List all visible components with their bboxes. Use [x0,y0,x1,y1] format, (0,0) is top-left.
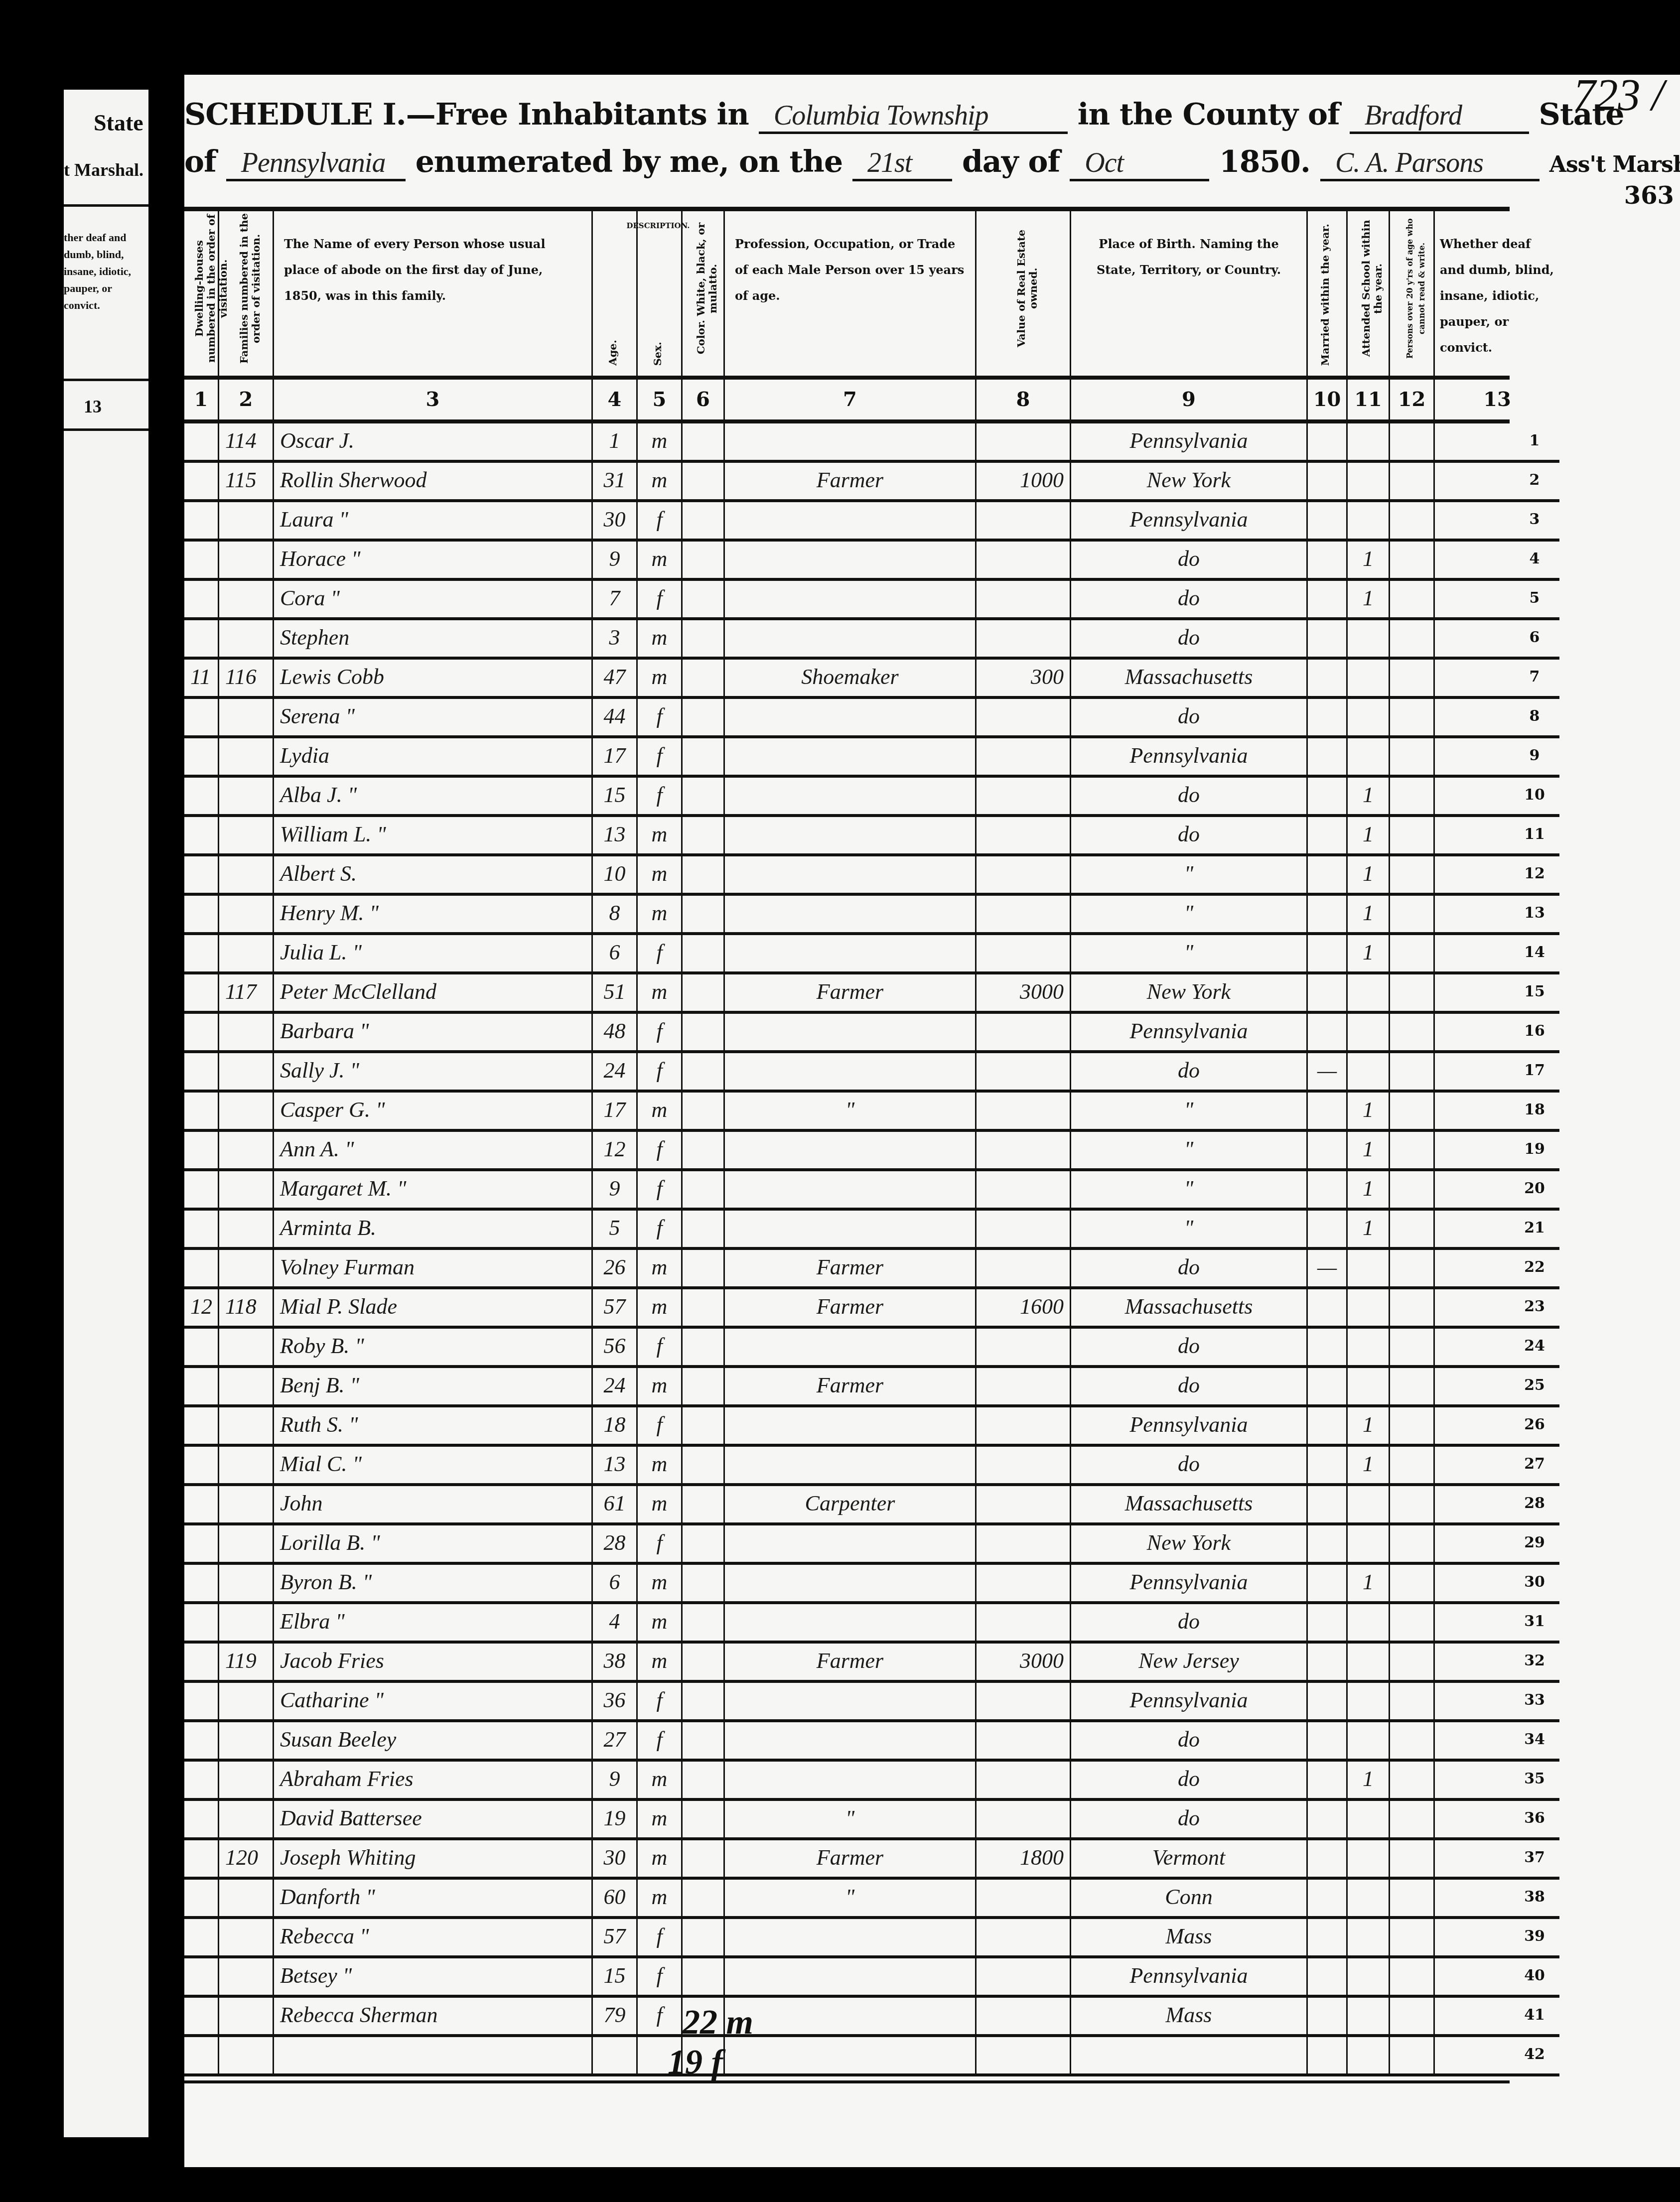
married-within-year-cell [1308,1919,1348,1958]
family-number-cell [219,1171,274,1211]
real-estate-value-cell [977,1722,1071,1762]
married-within-year-cell [1308,817,1348,856]
line-number: 18 [1520,1093,1549,1132]
sex-cell: m [638,1486,683,1525]
table-row: 120Joseph Whiting30mFarmer1800Vermont [184,1840,1510,1880]
header-name-text: The Name of every Person whose usual pla… [274,211,591,309]
birthplace-cell: Pennsylvania [1071,423,1308,463]
family-number-cell [219,1998,274,2037]
age-cell [593,2037,638,2076]
header-age: Age. [593,211,638,376]
person-name-cell: Catharine " [274,1683,593,1722]
attended-school-cell [1348,1014,1390,1053]
occupation-cell: " [725,1801,977,1840]
age-cell: 47 [593,660,638,699]
occupation-cell [725,1014,977,1053]
married-within-year-cell [1308,1762,1348,1801]
family-number-cell [219,1053,274,1093]
table-row: Roby B. "56fdo [184,1329,1510,1368]
birthplace-cell: do [1071,620,1308,660]
cannot-read-write-cell [1390,660,1435,699]
real-estate-value-cell [977,856,1071,896]
column-number: 4 [593,380,638,419]
line-number: 40 [1520,1958,1549,1998]
table-row: Sally J. "24fdo— [184,1053,1510,1093]
attended-school-cell: 1 [1348,581,1390,620]
line-number: 21 [1520,1211,1549,1250]
cannot-read-write-cell [1390,1368,1435,1407]
dwelling-number-cell [184,1447,219,1486]
birthplace-cell: " [1071,1093,1308,1132]
adjacent-page-strip: State t Marshal. ther deaf and dumb, bli… [64,90,148,2137]
married-within-year-cell [1308,1014,1348,1053]
sex-cell: m [638,1604,683,1644]
dwelling-number-cell [184,1998,219,2037]
column-number: 8 [977,380,1071,419]
birthplace-cell: do [1071,581,1308,620]
real-estate-value-cell [977,935,1071,974]
married-within-year-cell [1308,778,1348,817]
real-estate-value-cell [977,817,1071,856]
occupation-cell: Farmer [725,463,977,502]
occupation-cell [725,699,977,738]
age-cell: 9 [593,542,638,581]
person-name-cell: Elbra " [274,1604,593,1644]
occupation-cell [725,856,977,896]
cannot-read-write-cell [1390,2037,1435,2076]
sex-cell: f [638,1211,683,1250]
dwelling-number-cell [184,1565,219,1604]
color-cell [683,502,725,542]
cannot-read-write-cell [1390,620,1435,660]
table-row: 117Peter McClelland51mFarmer3000New York [184,974,1510,1014]
table-row: Cora "7fdo1 [184,581,1510,620]
age-cell: 7 [593,581,638,620]
attended-school-cell [1348,1525,1390,1565]
birthplace-cell: New Jersey [1071,1644,1308,1683]
married-within-year-cell [1308,1132,1348,1171]
person-name-cell: Barbara " [274,1014,593,1053]
age-cell: 15 [593,1958,638,1998]
person-name-cell: Henry M. " [274,896,593,935]
married-within-year-cell [1308,502,1348,542]
table-row: Casper G. "17m""1 [184,1093,1510,1132]
table-row: Danforth "60m"Conn [184,1880,1510,1919]
cannot-read-write-cell [1390,1053,1435,1093]
real-estate-value-cell [977,1604,1071,1644]
color-cell [683,1880,725,1919]
line-number: 8 [1520,699,1549,738]
column-number: 12 [1390,380,1435,419]
family-number-cell [219,1525,274,1565]
person-name-cell: Abraham Fries [274,1762,593,1801]
sex-cell: f [638,935,683,974]
header-age-text: Age. [607,340,619,366]
sex-cell: f [638,1683,683,1722]
real-estate-value-cell [977,1801,1071,1840]
attended-school-cell [1348,660,1390,699]
attended-school-cell [1348,1053,1390,1093]
header-color-text: Color. White, black, or mulatto. [695,211,719,366]
color-cell [683,1329,725,1368]
sex-cell: m [638,1880,683,1919]
cannot-read-write-cell [1390,1289,1435,1329]
color-cell [683,1486,725,1525]
table-row: Albert S.10m"1 [184,856,1510,896]
married-within-year-cell [1308,2037,1348,2076]
person-name-cell: Rollin Sherwood [274,463,593,502]
table-row: Ann A. "12f"1 [184,1132,1510,1171]
color-cell [683,581,725,620]
dwelling-number-cell [184,1880,219,1919]
occupation-cell: Farmer [725,1368,977,1407]
attended-school-cell [1348,423,1390,463]
real-estate-value-cell [977,1447,1071,1486]
table-row: Julia L. "6f"1 [184,935,1510,974]
attended-school-cell: 1 [1348,817,1390,856]
real-estate-value-cell [977,778,1071,817]
attended-school-cell: 1 [1348,1447,1390,1486]
married-within-year-cell [1308,1447,1348,1486]
cannot-read-write-cell [1390,1840,1435,1880]
family-number-cell: 117 [219,974,274,1014]
dwelling-number-cell [184,974,219,1014]
sex-cell: m [638,1093,683,1132]
adjacent-page-title: State [94,110,143,136]
family-number-cell: 119 [219,1644,274,1683]
cannot-read-write-cell [1390,1801,1435,1840]
table-row: Elbra "4mdo [184,1604,1510,1644]
dwelling-number-cell [184,778,219,817]
family-number-cell [219,1329,274,1368]
married-within-year-cell [1308,1722,1348,1762]
occupation-cell [725,935,977,974]
married-within-year-cell [1308,896,1348,935]
birthplace-cell: " [1071,1171,1308,1211]
attended-school-cell: 1 [1348,1565,1390,1604]
real-estate-value-cell [977,896,1071,935]
table-row: Serena "44fdo [184,699,1510,738]
cannot-read-write-cell [1390,423,1435,463]
dwelling-number-cell [184,1644,219,1683]
person-name-cell: Ann A. " [274,1132,593,1171]
color-cell [683,1407,725,1447]
color-cell [683,620,725,660]
attended-school-cell [1348,1329,1390,1368]
family-number-cell [219,1132,274,1171]
occupation-cell: Farmer [725,1840,977,1880]
occupation-cell: Farmer [725,1644,977,1683]
family-number-cell: 114 [219,423,274,463]
person-name-cell: Stephen [274,620,593,660]
header-birthplace: Place of Birth. Naming the State, Territ… [1071,211,1308,376]
color-cell [683,1722,725,1762]
attended-school-cell [1348,1919,1390,1958]
birthplace-cell: Mass [1071,1919,1308,1958]
dwelling-number-cell [184,1407,219,1447]
enumeration-line: of Pennsylvania enumerated by me, on the… [184,144,1680,181]
table-row: Alba J. "15fdo1 [184,778,1510,817]
line-numbers: 1234567891011121314151617181920212223242… [1520,423,1549,2076]
attended-school-cell: 1 [1348,1762,1390,1801]
age-cell: 5 [593,1211,638,1250]
line-number: 23 [1520,1289,1549,1329]
attended-school-cell: 1 [1348,542,1390,581]
age-cell: 1 [593,423,638,463]
attended-school-cell [1348,1880,1390,1919]
table-row: David Battersee19m"do [184,1801,1510,1840]
header-birthplace-text: Place of Birth. Naming the State, Territ… [1071,211,1306,283]
column-number: 5 [638,380,683,419]
line-number: 41 [1520,1998,1549,2037]
married-within-year-cell [1308,1407,1348,1447]
family-number-cell [219,1722,274,1762]
cannot-read-write-cell [1390,1958,1435,1998]
birthplace-cell: do [1071,1604,1308,1644]
married-within-year-cell [1308,699,1348,738]
dwelling-number-cell [184,1132,219,1171]
county-field: Bradford [1350,100,1529,134]
family-number-cell [219,620,274,660]
dwelling-number-cell [184,1683,219,1722]
birthplace-cell: do [1071,1722,1308,1762]
column-number: 11 [1348,380,1390,419]
married-within-year-cell [1308,974,1348,1014]
married-within-year-cell: — [1308,1053,1348,1093]
real-estate-value-cell [977,738,1071,778]
color-cell [683,660,725,699]
header-condition: Whether deaf and dumb, blind, insane, id… [1435,211,1559,376]
real-estate-value-cell: 1800 [977,1840,1071,1880]
color-cell [683,1604,725,1644]
birthplace-cell: New York [1071,1525,1308,1565]
sex-cell: m [638,817,683,856]
header-married-text: Married within the year. [1319,224,1331,366]
birthplace-cell: New York [1071,974,1308,1014]
occupation-cell [725,1998,977,2037]
dwelling-number-cell [184,1329,219,1368]
header-occupation: Profession, Occupation, or Trade of each… [725,211,977,376]
attended-school-cell: 1 [1348,856,1390,896]
real-estate-value-cell [977,1132,1071,1171]
column-number: 1 [184,380,219,419]
person-name-cell: Margaret M. " [274,1171,593,1211]
age-cell: 18 [593,1407,638,1447]
occupation-cell [725,1171,977,1211]
header-color: Color. White, black, or mulatto. [683,211,725,376]
table-row: Lorilla B. "28fNew York [184,1525,1510,1565]
family-number-cell: 120 [219,1840,274,1880]
sex-cell: m [638,1250,683,1289]
color-cell [683,1525,725,1565]
table-row: Barbara "48fPennsylvania [184,1014,1510,1053]
dwelling-number-cell [184,1368,219,1407]
table-row: Volney Furman26mFarmerdo— [184,1250,1510,1289]
married-within-year-cell [1308,581,1348,620]
line-number: 9 [1520,738,1549,778]
cannot-read-write-cell [1390,699,1435,738]
cannot-read-write-cell [1390,1722,1435,1762]
line-number: 15 [1520,974,1549,1014]
age-cell: 10 [593,856,638,896]
dwelling-number-cell [184,1171,219,1211]
person-name-cell: Arminta B. [274,1211,593,1250]
birthplace-cell: do [1071,1801,1308,1840]
birthplace-cell: Pennsylvania [1071,1407,1308,1447]
real-estate-value-cell [977,542,1071,581]
line-number: 25 [1520,1368,1549,1407]
census-table: Dwelling-houses numbered in the order of… [184,207,1510,2083]
sex-cell: m [638,1447,683,1486]
line-number: 4 [1520,542,1549,581]
adjacent-page-marshal: t Marshal. [64,159,143,180]
person-name-cell: Betsey " [274,1958,593,1998]
color-cell [683,423,725,463]
line-number: 29 [1520,1525,1549,1565]
sex-cell: f [638,1132,683,1171]
age-cell: 17 [593,738,638,778]
married-within-year-cell [1308,1958,1348,1998]
age-cell: 48 [593,1014,638,1053]
married-within-year-cell [1308,1368,1348,1407]
person-name-cell: Byron B. " [274,1565,593,1604]
cannot-read-write-cell [1390,1211,1435,1250]
header-real-estate-text: Value of Real Estate owned. [1015,211,1039,366]
attended-school-cell [1348,1604,1390,1644]
person-name-cell: Jacob Fries [274,1644,593,1683]
line-number: 7 [1520,660,1549,699]
real-estate-value-cell: 1000 [977,463,1071,502]
line-number: 38 [1520,1880,1549,1919]
age-cell: 12 [593,1132,638,1171]
dwelling-number-cell [184,856,219,896]
person-name-cell: William L. " [274,817,593,856]
cannot-read-write-cell [1390,1644,1435,1683]
real-estate-value-cell [977,1998,1071,2037]
header-school-text: Attended School within the year. [1360,211,1384,366]
person-name-cell: Oscar J. [274,423,593,463]
table-row: 114Oscar J.1mPennsylvania [184,423,1510,463]
person-name-cell: Serena " [274,699,593,738]
cannot-read-write-cell [1390,1762,1435,1801]
birthplace-cell: " [1071,1132,1308,1171]
table-row: Lydia17fPennsylvania [184,738,1510,778]
table-row: Laura "30fPennsylvania [184,502,1510,542]
sex-cell: f [638,1171,683,1211]
header-condition-text: Whether deaf and dumb, blind, insane, id… [1435,211,1559,361]
birthplace-cell: do [1071,1447,1308,1486]
real-estate-value-cell [977,1762,1071,1801]
person-name-cell: Cora " [274,581,593,620]
family-number-cell [219,1958,274,1998]
color-cell [683,856,725,896]
cannot-read-write-cell [1390,1014,1435,1053]
sex-cell: m [638,1289,683,1329]
married-within-year-cell [1308,1486,1348,1525]
color-cell [683,935,725,974]
corner-mark: / [1652,71,1664,120]
birthplace-cell: " [1071,1211,1308,1250]
age-cell: 56 [593,1329,638,1368]
attended-school-cell: 1 [1348,1132,1390,1171]
person-name-cell: Lydia [274,738,593,778]
line-number: 31 [1520,1604,1549,1644]
color-cell [683,817,725,856]
dwelling-number-cell [184,1014,219,1053]
line-number: 33 [1520,1683,1549,1722]
cannot-read-write-cell [1390,1880,1435,1919]
attended-school-cell [1348,1722,1390,1762]
family-number-cell [219,1093,274,1132]
dwelling-number-cell [184,542,219,581]
table-row: William L. "13mdo1 [184,817,1510,856]
married-within-year-cell [1308,1211,1348,1250]
person-name-cell: Laura " [274,502,593,542]
sex-cell: m [638,1565,683,1604]
column-number: 9 [1071,380,1308,419]
dwelling-number-cell [184,1053,219,1093]
real-estate-value-cell [977,1250,1071,1289]
person-name-cell: Roby B. " [274,1329,593,1368]
person-name-cell: Benj B. " [274,1368,593,1407]
attended-school-cell [1348,738,1390,778]
real-estate-value-cell [977,1407,1071,1447]
attended-school-cell [1348,699,1390,738]
header-illiterate-text: Persons over 20 y'rs of age who cannot r… [1404,211,1428,366]
family-number-cell [219,935,274,974]
real-estate-value-cell [977,1486,1071,1525]
line-number: 35 [1520,1762,1549,1801]
age-cell: 27 [593,1722,638,1762]
person-name-cell: Susan Beeley [274,1722,593,1762]
occupation-cell: Farmer [725,974,977,1014]
married-within-year-cell [1308,856,1348,896]
person-name-cell: Horace " [274,542,593,581]
dwelling-number-cell [184,738,219,778]
birthplace-cell: Pennsylvania [1071,738,1308,778]
attended-school-cell [1348,502,1390,542]
occupation-cell [725,1604,977,1644]
marshal-name-field: C. A. Parsons [1320,147,1540,181]
occupation-cell [725,502,977,542]
family-number-cell [219,1447,274,1486]
line-number: 24 [1520,1329,1549,1368]
color-cell [683,1565,725,1604]
married-within-year-cell [1308,1093,1348,1132]
dwelling-number-cell [184,1525,219,1565]
attended-school-cell [1348,1486,1390,1525]
dwelling-number-cell [184,1919,219,1958]
cannot-read-write-cell [1390,1565,1435,1604]
person-name-cell: Rebecca Sherman [274,1998,593,2037]
header-real-estate: Value of Real Estate owned. [977,211,1071,376]
age-cell: 44 [593,699,638,738]
person-name-cell: Mial P. Slade [274,1289,593,1329]
header-dwelling: Dwelling-houses numbered in the order of… [184,211,219,376]
state-field: Pennsylvania [226,147,406,181]
birthplace-cell: Pennsylvania [1071,502,1308,542]
age-cell: 61 [593,1486,638,1525]
dwelling-number-cell [184,581,219,620]
family-number-cell [219,1604,274,1644]
dwelling-number-cell [184,2037,219,2076]
real-estate-value-cell [977,423,1071,463]
family-number-cell [219,581,274,620]
family-number-cell [219,1486,274,1525]
attended-school-cell: 1 [1348,1407,1390,1447]
cannot-read-write-cell [1390,1250,1435,1289]
color-cell [683,1289,725,1329]
